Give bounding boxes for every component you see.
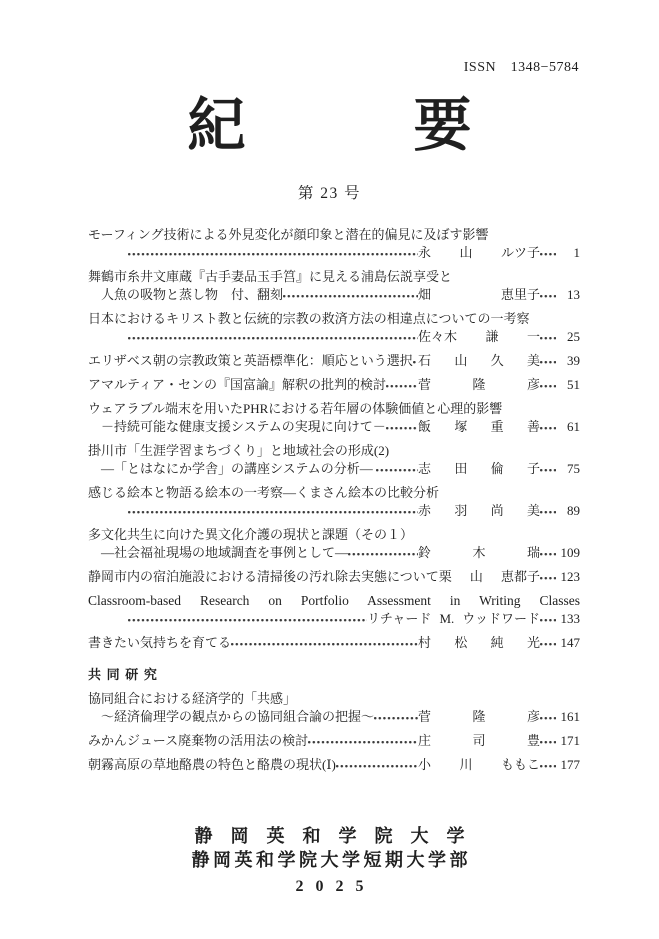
toc-entry: ウェアラブル端末を用いたPHRにおける若年層の体験価値と心理的影響 －持続可能な… xyxy=(88,400,580,436)
entry-leader-line: 永山ルツ子1 xyxy=(88,244,580,262)
dot-leader xyxy=(540,352,556,370)
entry-title-text: みかんジュース廃棄物の活用法の検討 xyxy=(88,732,308,750)
entry-leader-line: －持続可能な健康支援システムの実現に向けて－飯塚重善61 xyxy=(88,418,580,436)
dot-leader xyxy=(540,460,556,478)
joint-research-heading: 共 同 研 究 xyxy=(88,666,580,684)
entry-leader-line: みかんジュース廃棄物の活用法の検討庄司豊171 xyxy=(88,732,580,750)
author-name-part: 子 xyxy=(527,460,540,478)
toc-entry: 掛川市「生涯学習まちづくり」と地域社会の形成(2) ―「とはなにか学舎」の講座シ… xyxy=(88,442,580,478)
entry-title-text: 静岡市内の宿泊施設における清掃後の汚れ除去実態について xyxy=(88,568,439,586)
author-name-part: 塚 xyxy=(454,418,467,436)
toc-entry: 静岡市内の宿泊施設における清掃後の汚れ除去実態について栗山恵都子123 xyxy=(88,568,580,586)
dot-leader xyxy=(540,732,556,750)
dot-leader xyxy=(540,568,556,586)
entry-leader-line: 静岡市内の宿泊施設における清掃後の汚れ除去実態について栗山恵都子123 xyxy=(88,568,580,586)
entry-title-line: 協同組合における経済学的「共感」 xyxy=(88,690,580,708)
entry-author: 佐々木謙一 xyxy=(418,328,540,346)
author-name-part: 松 xyxy=(454,634,467,652)
author-name-part: 石 xyxy=(418,352,431,370)
dot-leader xyxy=(308,732,418,750)
publication-year: 2 0 2 5 xyxy=(0,878,659,896)
author-name-part: 永 xyxy=(418,244,431,262)
entry-author: 志田倫子 xyxy=(418,460,540,478)
entry-title-text: ～経済倫理学の観点からの協同組合論の把握～ xyxy=(88,708,374,726)
entry-page-number: 171 xyxy=(556,732,580,750)
entry-leader-line: エリザベス朝の宗教政策と英語標準化：順応という選択石山久美39 xyxy=(88,352,580,370)
dot-leader xyxy=(540,502,556,520)
issue-number: 第 23 号 xyxy=(0,181,659,203)
entry-author: リチャードM.ウッドワード xyxy=(367,610,540,628)
author-name-part: 菅 xyxy=(418,708,431,726)
entry-page-number: 61 xyxy=(556,418,580,436)
toc-entry: 協同組合における経済学的「共感」 ～経済倫理学の観点からの協同組合論の把握～菅隆… xyxy=(88,690,580,726)
author-name-part: 美 xyxy=(527,502,540,520)
dot-leader xyxy=(128,502,418,520)
author-name-part: 庄 xyxy=(418,732,431,750)
entry-leader-line: ―社会福祉現場の地域調査を事例として―鈴木瑞109 xyxy=(88,544,580,562)
dot-leader xyxy=(376,460,418,478)
toc-entry: 日本におけるキリスト教と伝統的宗教の救済方法の相違点についての一考察佐々木謙一2… xyxy=(88,310,580,346)
author-name-part: 山 xyxy=(470,568,483,586)
dot-leader xyxy=(540,418,556,436)
author-name-part: 畑 xyxy=(418,286,431,304)
entry-author: 畑恵里子 xyxy=(418,286,540,304)
entry-title-text: ―「とはなにか学舎」の講座システムの分析― xyxy=(88,460,376,478)
author-name-part: 尚 xyxy=(491,502,504,520)
author-name-part: 彦 xyxy=(527,708,540,726)
author-name-part: 山 xyxy=(459,244,472,262)
toc-entry: モーフィング技術による外見変化が顔印象と潜在的偏見に及ぼす影響永山ルツ子1 xyxy=(88,226,580,262)
entry-leader-line: 書きたい気持ちを育てる村松純光147 xyxy=(88,634,580,652)
toc-entry: 多文化共生に向けた異文化介護の現状と課題（その１） ―社会福祉現場の地域調査を事… xyxy=(88,526,580,562)
author-name-part: 善 xyxy=(527,418,540,436)
entry-leader-line: ―「とはなにか学舎」の講座システムの分析― 志田倫子75 xyxy=(88,460,580,478)
entry-leader-line: リチャードM.ウッドワード133 xyxy=(88,610,580,628)
entry-leader-line: 朝霧高原の草地酪農の特色と酪農の現状(Ⅰ)小川ももこ177 xyxy=(88,756,580,774)
dot-leader xyxy=(348,544,418,562)
author-name-part: ウッドワード xyxy=(462,610,540,628)
author-name-part: 小 xyxy=(418,756,431,774)
dot-leader xyxy=(386,376,418,394)
entry-title-text: －持続可能な健康支援システムの実現に向けて－ xyxy=(88,418,386,436)
author-name-part: 田 xyxy=(454,460,467,478)
author-name-part: 佐々木 xyxy=(418,328,457,346)
entry-title-line: 掛川市「生涯学習まちづくり」と地域社会の形成(2) xyxy=(88,442,580,460)
dot-leader xyxy=(540,244,556,262)
joint-research-list: 協同組合における経済学的「共感」 ～経済倫理学の観点からの協同組合論の把握～菅隆… xyxy=(88,690,580,774)
toc-entry: 舞鶴市糸井文庫蔵『古手妻品玉手筥』に見える浦島伝説享受と 人魚の吸物と蒸し物 付… xyxy=(88,268,580,304)
author-name-part: 美 xyxy=(527,352,540,370)
author-name-part: 川 xyxy=(459,756,472,774)
junior-college-name: 静岡英和学院大学短期大学部 xyxy=(0,848,659,872)
entry-author: 鈴木瑞 xyxy=(418,544,540,562)
author-name-part: 恵里子 xyxy=(501,286,540,304)
author-name-part: 豊 xyxy=(527,732,540,750)
dot-leader xyxy=(540,544,556,562)
toc-entry: みかんジュース廃棄物の活用法の検討庄司豊171 xyxy=(88,732,580,750)
dot-leader xyxy=(374,708,418,726)
entry-title-line: 多文化共生に向けた異文化介護の現状と課題（その１） xyxy=(88,526,580,544)
dot-leader xyxy=(540,328,556,346)
author-name-part: 久 xyxy=(491,352,504,370)
entry-author: 村松純光 xyxy=(418,634,540,652)
entry-title-line: 日本におけるキリスト教と伝統的宗教の救済方法の相違点についての一考察 xyxy=(88,310,580,328)
journal-title-left-char: 紀 xyxy=(187,94,245,158)
entry-title-line: モーフィング技術による外見変化が顔印象と潜在的偏見に及ぼす影響 xyxy=(88,226,580,244)
toc-entry: 書きたい気持ちを育てる村松純光147 xyxy=(88,634,580,652)
author-name-part: 飯 xyxy=(418,418,431,436)
entry-page-number: 147 xyxy=(556,634,580,652)
entry-title-text: エリザベス朝の宗教政策と英語標準化：順応という選択 xyxy=(88,352,413,370)
author-name-part: 重 xyxy=(491,418,504,436)
toc-entry: エリザベス朝の宗教政策と英語標準化：順応という選択石山久美39 xyxy=(88,352,580,370)
dot-leader xyxy=(540,756,556,774)
dot-leader xyxy=(283,286,418,304)
toc-entry: アマルティア・センの『国富論』解釈の批判的検討菅隆彦51 xyxy=(88,376,580,394)
dot-leader xyxy=(540,376,556,394)
entry-title-line: Classroom-based Research on Portfolio As… xyxy=(88,592,580,610)
author-name-part: 光 xyxy=(527,634,540,652)
author-name-part: 一 xyxy=(527,328,540,346)
entry-leader-line: アマルティア・センの『国富論』解釈の批判的検討菅隆彦51 xyxy=(88,376,580,394)
entry-page-number: 75 xyxy=(556,460,580,478)
university-name: 静 岡 英 和 学 院 大 学 xyxy=(0,824,659,848)
author-name-part: ももこ xyxy=(501,756,540,774)
entry-page-number: 177 xyxy=(556,756,580,774)
entry-leader-line: 赤羽尚美89 xyxy=(88,502,580,520)
author-name-part: 羽 xyxy=(454,502,467,520)
entry-page-number: 123 xyxy=(556,568,580,586)
author-name-part: 赤 xyxy=(418,502,431,520)
author-name-part: 隆 xyxy=(472,708,485,726)
author-name-part: リチャード xyxy=(367,610,431,628)
author-name-part: 倫 xyxy=(491,460,504,478)
entry-author: 石山久美 xyxy=(418,352,540,370)
entry-author: 飯塚重善 xyxy=(418,418,540,436)
dot-leader xyxy=(231,634,418,652)
entry-title-text: アマルティア・センの『国富論』解釈の批判的検討 xyxy=(88,376,386,394)
author-name-part: 菅 xyxy=(418,376,431,394)
toc-entry: 朝霧高原の草地酪農の特色と酪農の現状(Ⅰ)小川ももこ177 xyxy=(88,756,580,774)
journal-title: 紀 要 xyxy=(0,94,659,158)
entry-author: 菅隆彦 xyxy=(418,708,540,726)
entry-title-line: 舞鶴市糸井文庫蔵『古手妻品玉手筥』に見える浦島伝説享受と xyxy=(88,268,580,286)
author-name-part: M. xyxy=(439,610,454,628)
toc-entry: 感じる絵本と物語る絵本の一考察―くまさん絵本の比較分析赤羽尚美89 xyxy=(88,484,580,520)
entry-author: 庄司豊 xyxy=(418,732,540,750)
dot-leader xyxy=(540,634,556,652)
articles-list: モーフィング技術による外見変化が顔印象と潜在的偏見に及ぼす影響永山ルツ子1舞鶴市… xyxy=(88,226,580,652)
author-name-part: 山 xyxy=(454,352,467,370)
entry-title-text: ―社会福祉現場の地域調査を事例として― xyxy=(88,544,348,562)
entry-page-number: 89 xyxy=(556,502,580,520)
author-name-part: 純 xyxy=(491,634,504,652)
entry-page-number: 161 xyxy=(556,708,580,726)
entry-page-number: 133 xyxy=(556,610,580,628)
entry-page-number: 39 xyxy=(556,352,580,370)
author-name-part: 謙 xyxy=(485,328,498,346)
author-name-part: 栗 xyxy=(439,568,452,586)
author-name-part: 村 xyxy=(418,634,431,652)
dot-leader xyxy=(540,286,556,304)
author-name-part: 瑞 xyxy=(527,544,540,562)
author-name-part: 木 xyxy=(472,544,485,562)
author-name-part: 鈴 xyxy=(418,544,431,562)
author-name-part: 彦 xyxy=(527,376,540,394)
entry-title-line: 感じる絵本と物語る絵本の一考察―くまさん絵本の比較分析 xyxy=(88,484,580,502)
author-name-part: 志 xyxy=(418,460,431,478)
dot-leader xyxy=(128,244,418,262)
journal-title-right-char: 要 xyxy=(414,94,472,158)
entry-page-number: 25 xyxy=(556,328,580,346)
toc-entry: Classroom-based Research on Portfolio As… xyxy=(88,592,580,628)
author-name-part: 恵都子 xyxy=(501,568,540,586)
entry-title-line: ウェアラブル端末を用いたPHRにおける若年層の体験価値と心理的影響 xyxy=(88,400,580,418)
entry-leader-line: ～経済倫理学の観点からの協同組合論の把握～菅隆彦161 xyxy=(88,708,580,726)
entry-author: 栗山恵都子 xyxy=(439,568,540,586)
entry-author: 赤羽尚美 xyxy=(418,502,540,520)
dot-leader xyxy=(128,328,418,346)
entry-page-number: 51 xyxy=(556,376,580,394)
entry-author: 永山ルツ子 xyxy=(418,244,540,262)
entry-page-number: 1 xyxy=(556,244,580,262)
entry-page-number: 13 xyxy=(556,286,580,304)
journal-cover-page: ISSN 1348−5784 紀 要 第 23 号 モーフィング技術による外見変… xyxy=(0,0,659,939)
author-name-part: 隆 xyxy=(472,376,485,394)
dot-leader xyxy=(540,610,556,628)
entry-leader-line: 佐々木謙一25 xyxy=(88,328,580,346)
table-of-contents: モーフィング技術による外見変化が顔印象と潜在的偏見に及ぼす影響永山ルツ子1舞鶴市… xyxy=(88,226,580,780)
entry-title-text: 書きたい気持ちを育てる xyxy=(88,634,231,652)
entry-title-text: 人魚の吸物と蒸し物 付、翻刻 xyxy=(88,286,283,304)
entry-author: 小川ももこ xyxy=(418,756,540,774)
dot-leader xyxy=(386,418,418,436)
entry-leader-line: 人魚の吸物と蒸し物 付、翻刻畑恵里子13 xyxy=(88,286,580,304)
dot-leader xyxy=(540,708,556,726)
entry-title-text: 朝霧高原の草地酪農の特色と酪農の現状(Ⅰ) xyxy=(88,756,336,774)
dot-leader xyxy=(128,610,367,628)
issn-number: ISSN 1348−5784 xyxy=(464,56,579,76)
entry-author: 菅隆彦 xyxy=(418,376,540,394)
entry-page-number: 109 xyxy=(556,544,580,562)
dot-leader xyxy=(336,756,418,774)
author-name-part: ルツ子 xyxy=(501,244,540,262)
author-name-part: 司 xyxy=(472,732,485,750)
